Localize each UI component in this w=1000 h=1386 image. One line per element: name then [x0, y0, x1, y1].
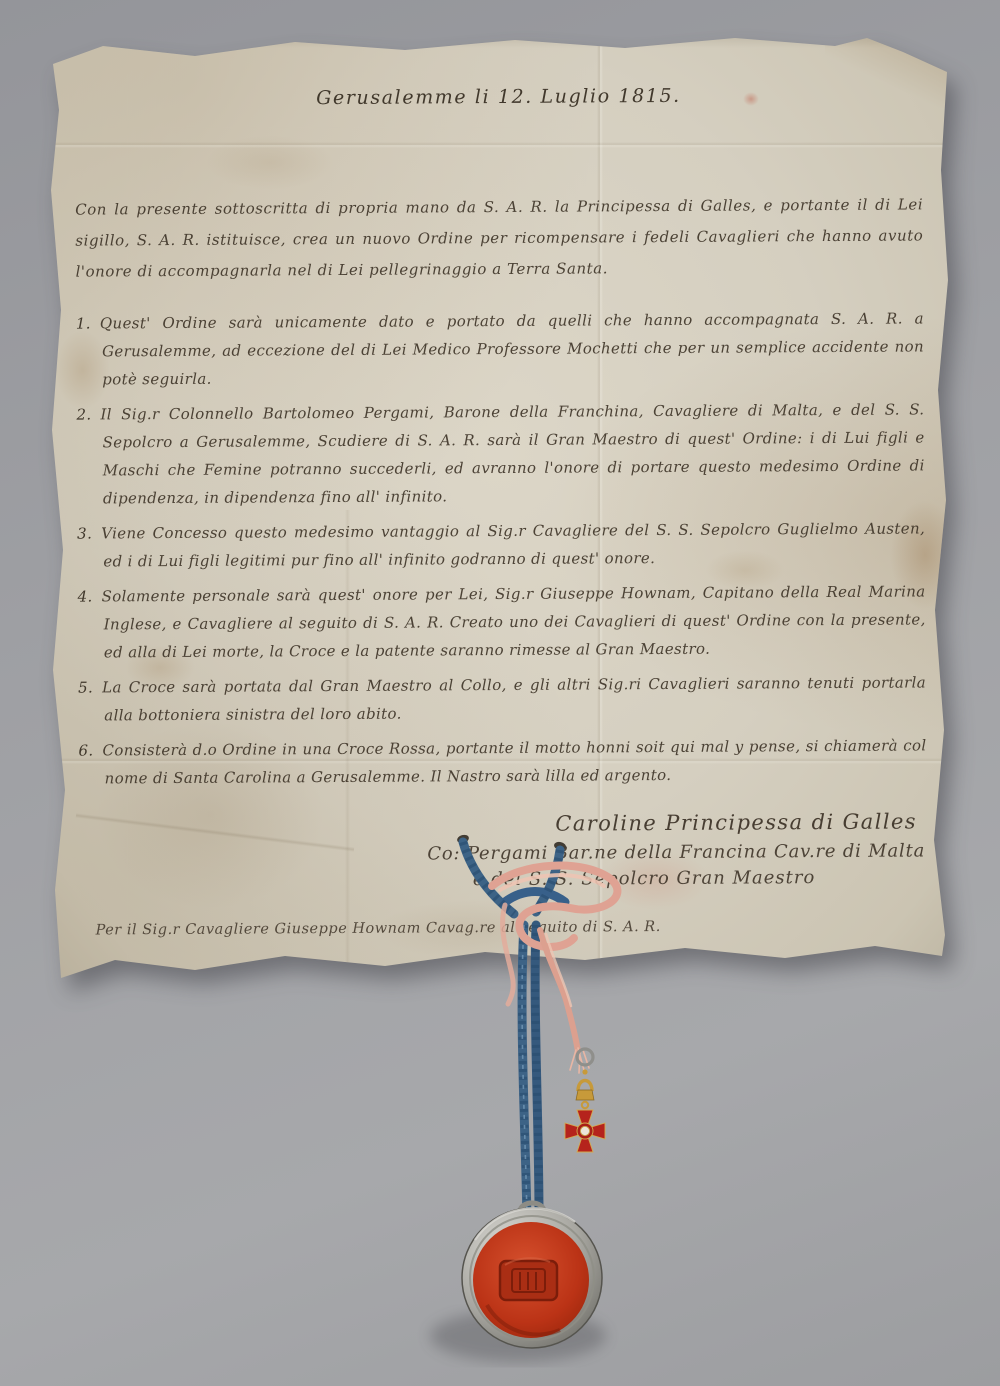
- badge-crown: [576, 1069, 594, 1108]
- signature-pergami-line-1: Co: Pergami Bar.ne della Francina Cav.re…: [79, 840, 927, 866]
- article-number: 6.: [78, 741, 102, 759]
- skippet-loop: [520, 1203, 544, 1212]
- order-badge: [565, 1049, 605, 1152]
- endorsement-line: Per il Sig.r Cavagliere Giuseppe Hownam …: [80, 917, 928, 938]
- signature-block: Caroline Principessa di Galles Co: Perga…: [79, 809, 927, 892]
- wax-seal: [430, 1203, 606, 1362]
- article-text: La Croce sarà portata dal Gran Maestro a…: [102, 673, 926, 724]
- article-text: Il Sig.r Colonnello Bartolomeo Pergami, …: [100, 400, 924, 507]
- badge-cross: [565, 1110, 605, 1152]
- badge-center-pearl: [580, 1126, 589, 1135]
- seal-impression: [500, 1261, 557, 1300]
- article-number: 4.: [77, 587, 101, 605]
- photograph-backdrop: Gerusalemme li 12. Luglio 1815. Con la p…: [0, 0, 1000, 1386]
- article-5: 5.La Croce sarà portata dal Gran Maestro…: [78, 668, 926, 729]
- preamble: Con la presente sottoscritta di propria …: [75, 189, 924, 287]
- parchment-wrapper: Gerusalemme li 12. Luglio 1815. Con la p…: [45, 30, 953, 985]
- article-3: 3.Viene Concesso questo medesimo vantagg…: [77, 514, 925, 575]
- signature-caroline: Caroline Principessa di Galles: [79, 809, 927, 838]
- article-number: 3.: [77, 524, 101, 542]
- article-1: 1.Quest' Ordine sarà unicamente dato e p…: [76, 304, 924, 393]
- dateline: Gerusalemme li 12. Luglio 1815.: [74, 83, 922, 110]
- article-text: Viene Concesso questo medesimo vantaggio…: [101, 519, 925, 570]
- red-wax: [473, 1222, 589, 1338]
- article-4: 4.Solamente personale sarà quest' onore …: [77, 577, 925, 666]
- skippet-case: [462, 1208, 602, 1348]
- article-number: 5.: [78, 678, 102, 696]
- parchment-document: Gerusalemme li 12. Luglio 1815. Con la p…: [45, 30, 953, 985]
- articles-list: 1.Quest' Ordine sarà unicamente dato e p…: [76, 304, 927, 792]
- article-number: 1.: [76, 314, 100, 332]
- signature-pergami-line-2: e del S. S. Sepolcro Gran Maestro: [79, 866, 927, 892]
- article-text: Quest' Ordine sarà unicamente dato e por…: [100, 309, 924, 388]
- article-2: 2.Il Sig.r Colonnello Bartolomeo Pergami…: [76, 395, 925, 512]
- suspension-ring: [577, 1049, 593, 1065]
- article-text: Solamente personale sarà quest' onore pe…: [101, 582, 925, 661]
- article-number: 2.: [76, 405, 100, 423]
- article-text: Consisterà d.o Ordine in una Croce Rossa…: [102, 736, 926, 787]
- manuscript-text: Gerusalemme li 12. Luglio 1815. Con la p…: [42, 27, 956, 988]
- article-6: 6.Consisterà d.o Ordine in una Croce Ros…: [78, 731, 926, 792]
